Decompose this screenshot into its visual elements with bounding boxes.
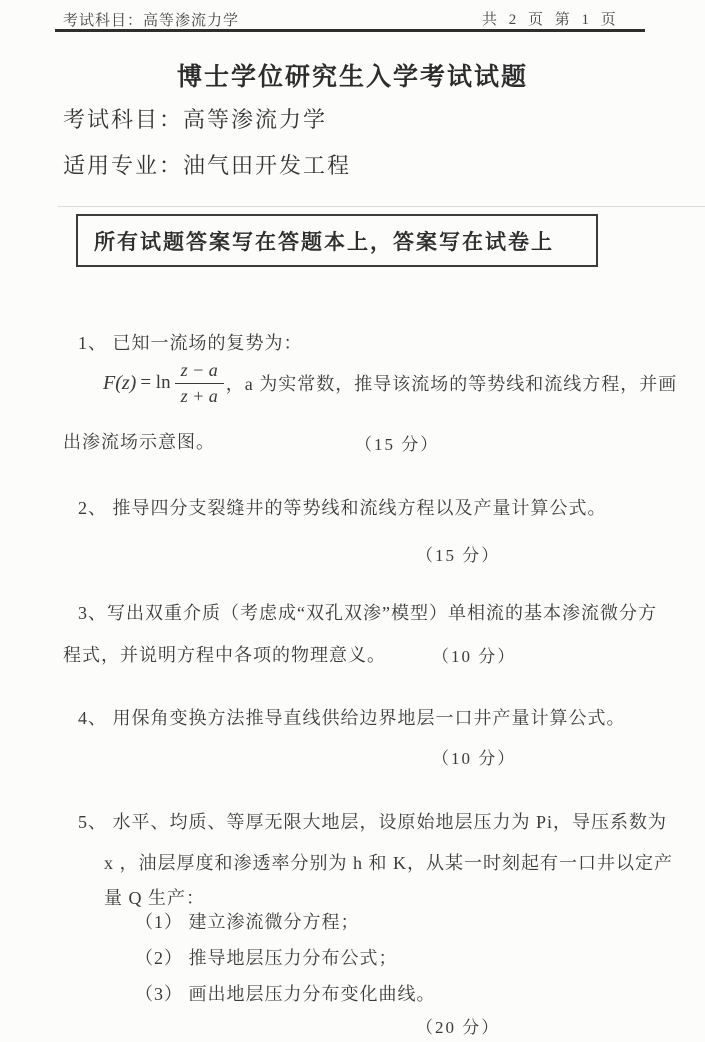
question-5-line1: 5、 水平、均质、等厚无限大地层，设原始地层压力为 Pi，导压系数为: [78, 808, 667, 834]
formula-equals-ln: = ln: [140, 372, 170, 394]
exam-title: 博士学位研究生入学考试试题: [0, 57, 705, 93]
question-5-subitem-2: （2） 推导地层压力分布公式；: [135, 944, 398, 970]
question-5-subitem-3: （3） 画出地层压力分布变化曲线。: [135, 980, 436, 1006]
scan-artifact-line: [58, 206, 705, 207]
fraction-denominator: z + a: [175, 383, 224, 408]
question-5-line3: 量 Q 生产：: [104, 884, 205, 910]
question-1-intro: 1、 已知一流场的复势为：: [78, 329, 303, 355]
subject-line: 考试科目：高等渗流力学: [63, 103, 327, 134]
formula-tail-text: ，a 为实常数，推导该流场的等势线和流线方程，并画: [226, 370, 678, 396]
question-1-score: （15 分）: [355, 430, 439, 455]
formula-fraction: z − a z + a: [175, 359, 224, 407]
question-5-subitem-1: （1） 建立渗流微分方程；: [135, 908, 360, 934]
question-3-line1: 3、写出双重介质（考虑成“双孔双渗”模型）单相流的基本渗流微分方: [78, 599, 657, 625]
fraction-numerator: z − a: [175, 359, 224, 383]
question-4-score: （10 分）: [432, 744, 516, 769]
question-5-score: （20 分）: [416, 1013, 500, 1038]
exam-paper-page: 考试科目：高等渗流力学 共 2 页 第 1 页 博士学位研究生入学考试试题 考试…: [0, 0, 705, 1042]
question-5-line2: x ，油层厚度和渗透率分别为 h 和 K，从某一时刻起有一口井以定产: [104, 849, 673, 875]
question-2-score: （15 分）: [416, 541, 500, 566]
major-line: 适用专业：油气田开发工程: [63, 149, 351, 180]
header-subject: 考试科目：高等渗流力学: [63, 9, 239, 30]
question-4-text: 4、 用保角变换方法推导直线供给边界地层一口井产量计算公式。: [78, 704, 626, 730]
question-1-formula: F(z) = ln z − a z + a ，a 为实常数，推导该流场的等势线和…: [103, 359, 677, 407]
question-1-continuation: 出渗流场示意图。: [63, 428, 215, 454]
header-page-count: 共 2 页 第 1 页: [482, 8, 620, 29]
header-rule: [55, 29, 645, 32]
question-2-text: 2、 推导四分支裂缝井的等势线和流线方程以及产量计算公式。: [78, 494, 607, 520]
notice-text: 所有试题答案写在答题本上，答案写在试卷上: [94, 226, 554, 256]
question-3-line2: 程式，并说明方程中各项的物理意义。: [63, 641, 386, 667]
formula-function-name: F(z): [103, 372, 136, 395]
question-3-score: （10 分）: [432, 642, 516, 667]
